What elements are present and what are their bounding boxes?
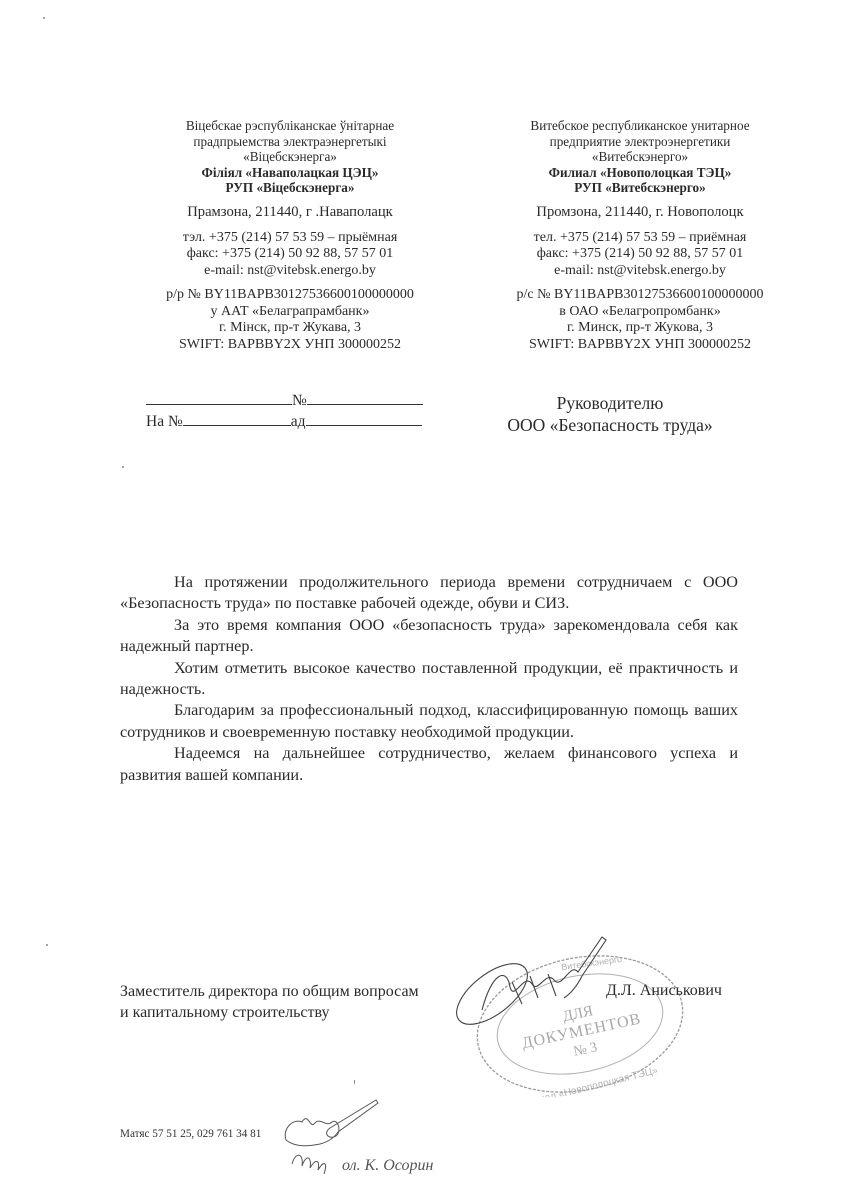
address: Прамзона, 211440, г .Наваполацк — [120, 204, 460, 221]
date-blank — [146, 390, 292, 405]
signer-position-line2: и капитальному строительству — [120, 1003, 419, 1024]
org-short-name: РУП «Витебскэнерго» — [470, 180, 810, 196]
phone: тел. +375 (214) 57 53 59 – приёмная — [470, 230, 810, 247]
body-paragraph: На протяжении продолжительного периода в… — [120, 572, 738, 615]
signer-position-line1: Заместитель директора по общим вопросам — [120, 982, 419, 1003]
executor-contact: Матяс 57 51 25, 029 761 34 81 — [120, 1128, 261, 1140]
letterhead-russian: Витебское республиканское унитарное пред… — [470, 118, 810, 353]
letter-body: На протяжении продолжительного периода в… — [120, 572, 738, 786]
stamp-bottom-text: Филиал «Новополоцкая ТЭЦ» — [520, 1065, 659, 1097]
outgoing-number-line: № — [146, 390, 436, 411]
branch-name: Филиал «Новополоцкая ТЭЦ» — [470, 165, 810, 181]
org-short-name: РУП «Віцебскэнерга» — [120, 180, 460, 196]
signer-position: Заместитель директора по общим вопросам … — [120, 982, 419, 1023]
email: e-mail: nst@vitebsk.energo.by — [470, 263, 810, 280]
addressee-title: Руководителю — [480, 392, 740, 414]
account-number: р/с № BY11BAPB30127536600100000000 — [470, 287, 810, 304]
scan-speck — [43, 17, 45, 19]
email: e-mail: nst@vitebsk.energo.by — [120, 263, 460, 280]
fax: факс: +375 (214) 50 92 88, 57 57 01 — [470, 246, 810, 263]
body-paragraph: Надеемся на дальнейшее сотрудничество, ж… — [120, 743, 738, 786]
number-label: № — [292, 392, 307, 409]
reply-reference-line: На №ад — [146, 411, 436, 432]
swift-unp: SWIFT: BAPBBY2X УНП 300000252 — [120, 337, 460, 354]
phone: тэл. +375 (214) 57 53 59 – прыёмная — [120, 230, 460, 247]
scan-speck — [122, 466, 124, 468]
addressee: Руководителю ООО «Безопасность труда» — [480, 392, 740, 436]
official-stamp: ДЛЯ ДОКУМЕНТОВ № 3 Витебскэнерго Филиал … — [452, 932, 692, 1097]
body-paragraph: Хотим отметить высокое качество поставле… — [120, 658, 738, 701]
org-name-line: «Витебскэнерго» — [470, 149, 810, 165]
svg-text:ол. К. Осорин: ол. К. Осорин — [342, 1157, 433, 1174]
date-label: ад — [291, 413, 306, 430]
org-name-line: предприятие электроэнергетики — [470, 134, 810, 150]
scan-speck — [354, 1080, 355, 1084]
number-blank — [307, 390, 423, 405]
reply-label: На № — [146, 413, 183, 430]
org-name-line: «Віцебскэнерга» — [120, 149, 460, 165]
bank-address: г. Мінск, пр-т Жукава, 3 — [120, 320, 460, 337]
org-name-line: прадпрыемства электраэнергетыкі — [120, 134, 460, 150]
org-name-line: Віцебскае рэспубліканскае ўнітарнае — [120, 118, 460, 134]
bank-name: у ААТ «Белаграпрамбанк» — [120, 304, 460, 321]
org-name-line: Витебское республиканское унитарное — [470, 118, 810, 134]
stamp-top-text: Витебскэнерго — [561, 954, 623, 972]
handwritten-annotation: ол. К. Осорин — [280, 1098, 480, 1188]
branch-name: Філіял «Наваполацкая ЦЭЦ» — [120, 165, 460, 181]
bank-name: в ОАО «Белагропромбанк» — [470, 304, 810, 321]
scan-speck — [46, 944, 48, 946]
account-number: р/р № BY11BAPB30127536600100000000 — [120, 287, 460, 304]
bank-address: г. Минск, пр-т Жукова, 3 — [470, 320, 810, 337]
stamp-text-line3: № 3 — [572, 1040, 598, 1060]
addressee-company: ООО «Безопасность труда» — [480, 414, 740, 436]
swift-unp: SWIFT: BAPBBY2X УНП 300000252 — [470, 337, 810, 354]
signer-name: Д.Л. Аниськович — [606, 982, 722, 1000]
reply-number-blank — [183, 411, 291, 426]
fax: факс: +375 (214) 50 92 88, 57 57 01 — [120, 246, 460, 263]
reply-date-blank — [306, 411, 422, 426]
address: Промзона, 211440, г. Новополоцк — [470, 204, 810, 221]
body-paragraph: За это время компания ООО «безопасность … — [120, 615, 738, 658]
letterhead-belarusian: Віцебскае рэспубліканскае ўнітарнае прад… — [120, 118, 460, 353]
body-paragraph: Благодарим за профессиональный подход, к… — [120, 700, 738, 743]
reference-block: № На №ад — [146, 390, 436, 432]
